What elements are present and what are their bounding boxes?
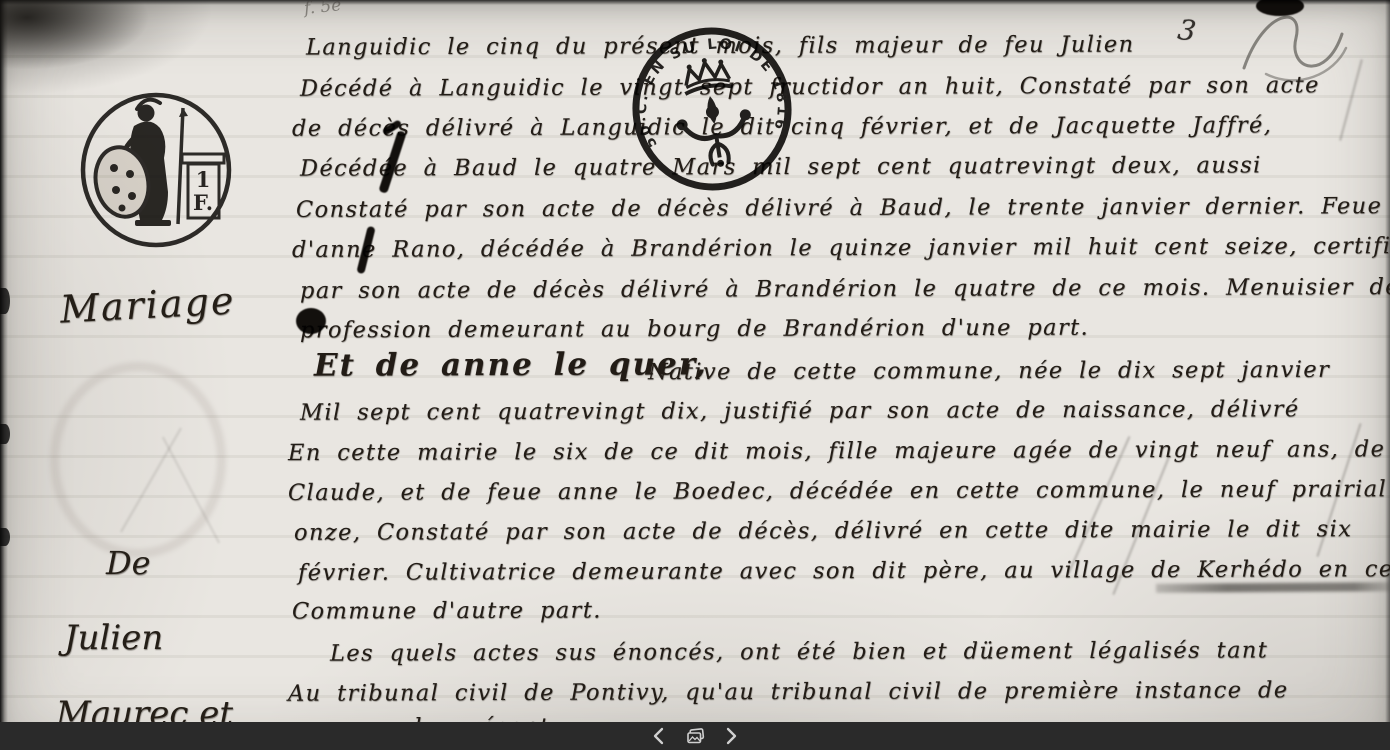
fleur-de-lis-icon: [673, 90, 758, 172]
edge-blot: [0, 424, 10, 444]
chevron-right-icon: [726, 727, 738, 745]
crown-icon: [680, 54, 732, 94]
corner-smudge: [0, 0, 150, 70]
edge-blot: [0, 528, 10, 546]
manuscript-line: Mil sept cent quatrevingt dix, justifié …: [300, 396, 1300, 425]
manuscript-line: Les quels actes sus énoncés, ont été bie…: [330, 637, 1268, 666]
gallery-button[interactable]: [684, 725, 706, 747]
chevron-left-icon: [652, 727, 664, 745]
manuscript-line: Constaté par son acte de décès délivré à…: [296, 193, 1382, 223]
manuscript-line: d'anne Rano, décédée à Brandérion le qui…: [292, 233, 1390, 263]
record-viewer: Mariage De Julien Maurec et 3 f. 5e Lang…: [0, 0, 1390, 750]
manuscript-line: En cette mairie le six de ce dit mois, f…: [288, 436, 1390, 466]
edge-blot: [0, 288, 10, 314]
manuscript-line: par son acte de décès délivré à Brandéri…: [300, 274, 1390, 304]
revenue-stamp: 1 F.: [80, 92, 232, 248]
manuscript-line: Décédé à Languidic le vingt sept fructid…: [300, 72, 1320, 102]
stamp-denomination-unit: F.: [193, 190, 213, 215]
manuscript-line: Claude, et de feue anne le Boedec, décéd…: [288, 476, 1390, 506]
stamp-denomination-number: 1: [196, 167, 211, 192]
manuscript-line: Au tribunal civil de Pontivy, qu'au trib…: [288, 677, 1289, 706]
manuscript-line: onze, Constaté par son acte de décès, dé…: [294, 516, 1352, 546]
scan-edge-top: [0, 0, 1390, 5]
manuscript-line: février. Cultivatrice demeurante avec so…: [298, 556, 1390, 586]
margin-title: Mariage: [59, 278, 236, 331]
margin-note-julien: Julien: [64, 618, 163, 658]
scan-edge-right: [1385, 0, 1390, 750]
signature-flourish: [1238, 4, 1358, 90]
fiscal-stamp: 50 C. EN SUS LOI DE 1816.: [618, 12, 807, 206]
scan-edge-left: [0, 0, 8, 750]
image-stack-icon: [686, 728, 705, 745]
manuscript-line: Commune d'autre part.: [292, 597, 602, 624]
next-page-button[interactable]: [721, 725, 743, 747]
margin-note-de: De: [106, 544, 151, 582]
previous-page-button[interactable]: [647, 725, 669, 747]
stamp-ghost-watermark: [50, 362, 226, 558]
manuscript-line: profession demeurant au bourg de Brandér…: [300, 315, 1089, 344]
viewer-toolbar: [0, 722, 1390, 750]
ink-blot: [296, 308, 326, 334]
pencil-smear: [1156, 582, 1390, 593]
manuscript-line: Native de cette commune, née le dix sept…: [648, 357, 1330, 385]
